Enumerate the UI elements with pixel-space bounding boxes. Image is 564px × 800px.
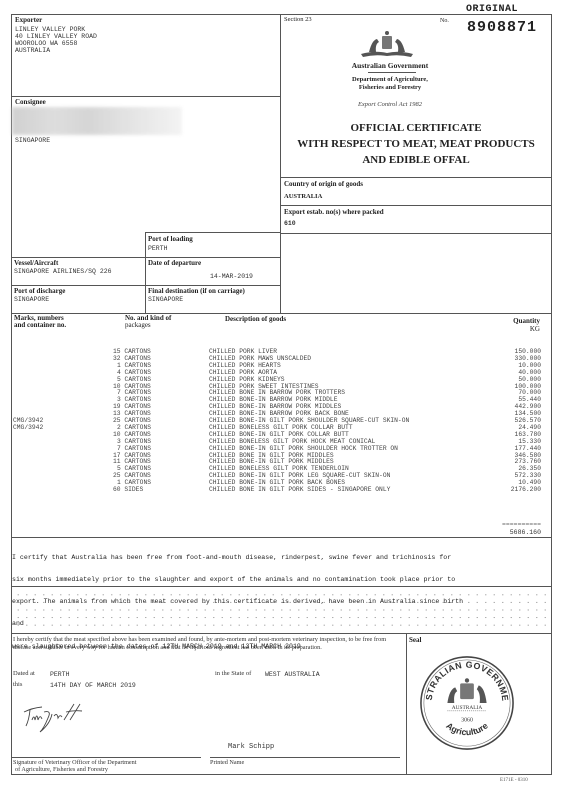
port-discharge-value: SINGAPORE [14, 296, 49, 303]
void-dot-fill [12, 589, 552, 631]
state-label: in the State of [215, 670, 251, 677]
divider [11, 285, 280, 286]
exporter-line: 40 LINLEY VALLEY ROAD [15, 33, 97, 40]
quantity-header: Quantity KG [500, 317, 540, 333]
printed-name: Mark Schipp [228, 744, 274, 751]
total-rule: ========== [490, 521, 541, 528]
statement-line: six months immediately prior to the slau… [12, 576, 463, 583]
total-quantity: 5686.160 [490, 529, 541, 536]
department-line: Fisheries and Forestry [300, 84, 480, 92]
divider [145, 232, 146, 313]
title-line: AND EDIBLE OFFAL [282, 152, 550, 168]
vessel-label: Vessel/Aircraft [14, 259, 58, 267]
exporter-label: Exporter [15, 16, 42, 24]
port-discharge-label: Port of discharge [14, 287, 65, 295]
form-code: E171E - 0310 [500, 778, 528, 783]
signature-icon [22, 702, 92, 738]
signature-label: Signature of Veterinary Officer of the D… [13, 759, 136, 773]
department-line: Department of Agriculture, [300, 76, 480, 84]
port-loading-value: PERTH [148, 245, 168, 252]
vet-statement: I hereby certify that the meat specified… [13, 636, 405, 651]
printed-name-label: Printed Name [210, 759, 244, 766]
export-estab-label: Export estab. no(s) where packed [284, 208, 384, 216]
divider [11, 537, 552, 538]
final-destination-label: Final destination (if on carriage) [148, 287, 245, 295]
packages-header: No. and kind of packages [125, 315, 171, 329]
state-value: WEST AUSTRALIA [265, 671, 320, 678]
divider [368, 72, 416, 73]
divider [11, 586, 552, 587]
header-line: and container no. [14, 322, 66, 329]
section-label: Section 23 [284, 16, 312, 23]
marks-header: Marks, numbers and container no. [14, 315, 66, 329]
port-loading-label: Port of loading [148, 235, 193, 243]
title-line: WITH RESPECT TO MEAT, MEAT PRODUCTS [282, 136, 550, 152]
exporter-line: WOOROLOO WA 6558 [15, 40, 97, 47]
row-description: CHILLED BONE IN GILT PORK SIDES - SINGAP… [209, 487, 390, 494]
government-name: Australian Government [300, 61, 480, 70]
certificate-number: 8908871 [467, 19, 537, 36]
printed-name-line [210, 757, 400, 758]
consignee-redaction [12, 107, 182, 135]
divider [280, 177, 281, 313]
divider [11, 313, 552, 314]
header-line: packages [125, 322, 171, 329]
origin-value: AUSTRALIA [284, 193, 322, 200]
consignee-country: SINGAPORE [15, 137, 50, 144]
divider [280, 233, 552, 234]
coat-of-arms-icon [355, 30, 419, 60]
divider [280, 177, 552, 178]
label-line: Signature of Veterinary Officer of the D… [13, 759, 136, 766]
divider [11, 96, 280, 97]
government-seal-icon: AUSTRALIAN GOVERNMENT Agriculture AUSTRA… [418, 654, 516, 752]
department-name: Department of Agriculture, Fisheries and… [300, 76, 480, 92]
certificate-title: OFFICIAL CERTIFICATE WITH RESPECT TO MEA… [282, 120, 550, 168]
divider [11, 257, 280, 258]
description-header: Description of goods [225, 315, 286, 323]
row-quantity: 2176.200 [490, 487, 541, 494]
origin-label: Country of origin of goods [284, 180, 363, 188]
dated-at-value: PERTH [50, 671, 70, 678]
row-marks: CMG/3942 [13, 425, 43, 432]
act-reference: Export Control Act 1982 [300, 101, 480, 108]
header-line: Quantity [500, 317, 540, 325]
svg-text:3060: 3060 [461, 718, 473, 724]
label-line: of Agriculture, Fisheries and Forestry [13, 766, 136, 773]
final-destination-value: SINGAPORE [148, 296, 183, 303]
exporter-line: AUSTRALIA [15, 47, 97, 54]
divider [406, 633, 407, 775]
divider [280, 205, 552, 206]
consignee-label: Consignee [15, 98, 46, 106]
svg-text:AUSTRALIA: AUSTRALIA [452, 705, 483, 711]
row-packages: 60 SIDES [110, 487, 178, 494]
header-line: KG [500, 325, 540, 333]
departure-label: Date of departure [148, 259, 201, 267]
number-label: No. [440, 18, 449, 24]
title-line: OFFICIAL CERTIFICATE [282, 120, 550, 136]
statement-line: I certify that Australia has been free f… [12, 554, 463, 561]
divider [11, 633, 552, 634]
signature-line [11, 757, 201, 758]
this-label: this [13, 681, 22, 688]
exporter-line: LINLEY VALLEY PORK [15, 26, 97, 33]
vessel-value: SINGAPORE AIRLINES/SQ 226 [14, 268, 112, 275]
seal-label: Seal [409, 636, 421, 644]
dated-at-label: Dated at [13, 670, 35, 677]
divider [280, 14, 281, 177]
exporter-address: LINLEY VALLEY PORK 40 LINLEY VALLEY ROAD… [15, 26, 97, 54]
date-value: 14TH DAY OF MARCH 2019 [50, 682, 136, 689]
divider [145, 232, 280, 233]
departure-value: 14-MAR-2019 [210, 273, 253, 280]
export-estab-value: 610 [284, 220, 296, 227]
